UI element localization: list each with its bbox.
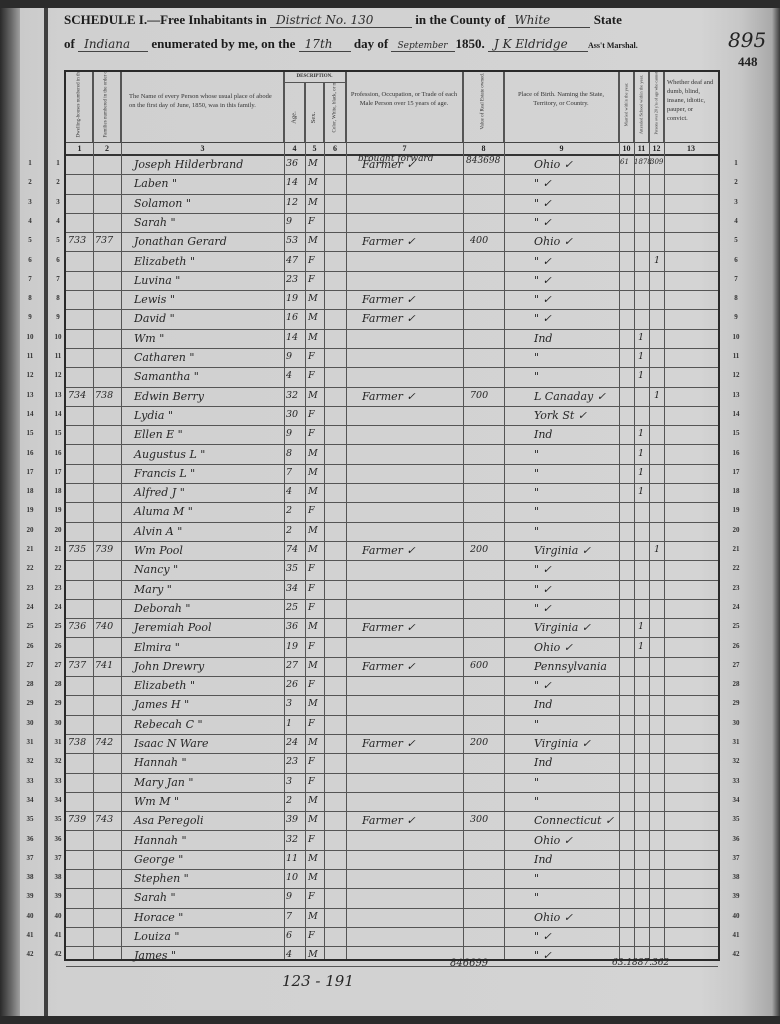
line-number-left: 29 bbox=[22, 699, 38, 707]
table-row: Mary "34F" ✓ bbox=[66, 581, 718, 600]
line-number-right: 1 bbox=[728, 159, 744, 167]
person-name: Samantha " bbox=[134, 370, 199, 383]
line-number-right: 32 bbox=[728, 757, 744, 765]
real-estate-total: 846699 bbox=[450, 958, 488, 969]
line-number-left: 6 bbox=[22, 256, 38, 264]
table-row: Stephen "10M" bbox=[66, 870, 718, 889]
table-row: Lydia "30FYork St ✓ bbox=[66, 407, 718, 426]
table-row: Rebecah C "1F" bbox=[66, 716, 718, 735]
line-number-right: 3 bbox=[728, 198, 744, 206]
birthplace: Ind bbox=[534, 756, 552, 769]
occupation: Farmer ✓ bbox=[362, 737, 416, 750]
table-row: 739743Asa Peregoli39MFarmer ✓300Connecti… bbox=[66, 812, 718, 831]
age: 35 bbox=[286, 563, 298, 574]
col-header-school: Attended School within the year. bbox=[634, 72, 649, 142]
occupation: Farmer ✓ bbox=[362, 158, 416, 171]
line-number-left-inner: 18 bbox=[50, 487, 66, 495]
occupation: Farmer ✓ bbox=[362, 312, 416, 325]
year-label: 1850. bbox=[455, 36, 484, 51]
person-name: Alfred J " bbox=[134, 486, 185, 499]
person-name: George " bbox=[134, 853, 183, 866]
sex: M bbox=[308, 197, 318, 208]
occupation: Farmer ✓ bbox=[362, 390, 416, 403]
colnum-7: 7 bbox=[346, 144, 463, 153]
occupation: Farmer ✓ bbox=[362, 660, 416, 673]
sex: M bbox=[308, 312, 318, 323]
line-number-left-inner: 37 bbox=[50, 854, 66, 862]
line-number-left-inner: 16 bbox=[50, 449, 66, 457]
scan-top-border bbox=[0, 0, 780, 8]
col-header-infirmity: Whether deaf and dumb, blind, insane, id… bbox=[664, 72, 718, 142]
colnum-8: 8 bbox=[463, 144, 504, 153]
line-number-right: 16 bbox=[728, 449, 744, 457]
table-row: James H "3MInd bbox=[66, 696, 718, 715]
birthplace: " bbox=[534, 718, 539, 731]
table-row: Elmira "19FOhio ✓1 bbox=[66, 639, 718, 658]
age: 9 bbox=[286, 428, 292, 439]
line-number-left: 30 bbox=[22, 719, 38, 727]
sex: F bbox=[308, 563, 315, 574]
birthplace: Virginia ✓ bbox=[534, 737, 591, 750]
birthplace: " ✓ bbox=[534, 216, 552, 229]
line-number-left-inner: 2 bbox=[50, 178, 66, 186]
line-number-right: 14 bbox=[728, 410, 744, 418]
age: 11 bbox=[286, 853, 298, 864]
dwelling-number: 733 bbox=[68, 235, 86, 246]
sex: F bbox=[308, 718, 315, 729]
line-number-right: 2 bbox=[728, 178, 744, 186]
birthplace: " bbox=[534, 525, 539, 538]
line-number-left: 27 bbox=[22, 661, 38, 669]
person-name: Louiza " bbox=[134, 930, 179, 943]
line-number-left: 20 bbox=[22, 526, 38, 534]
line-number-left: 2 bbox=[22, 178, 38, 186]
age: 9 bbox=[286, 351, 292, 362]
line-number-left-inner: 12 bbox=[50, 371, 66, 379]
birthplace: Ohio ✓ bbox=[534, 641, 573, 654]
age: 3 bbox=[286, 776, 292, 787]
attended-school: 1 bbox=[638, 486, 644, 497]
age: 36 bbox=[286, 621, 298, 632]
family-number: 742 bbox=[95, 737, 113, 748]
person-name: Wm " bbox=[134, 332, 164, 345]
real-estate-value: 300 bbox=[470, 814, 488, 825]
col-header-family: Families numbered in the order of visita… bbox=[93, 72, 121, 142]
line-number-right: 39 bbox=[728, 892, 744, 900]
line-number-left: 31 bbox=[22, 738, 38, 746]
table-row: Francis L "7M"1 bbox=[66, 465, 718, 484]
line-number-right: 20 bbox=[728, 526, 744, 534]
line-number-right: 12 bbox=[728, 371, 744, 379]
line-number-left-inner: 10 bbox=[50, 333, 66, 341]
line-number-left: 25 bbox=[22, 622, 38, 630]
colnum-1: 1 bbox=[66, 144, 93, 153]
cannot-read-write: 1 bbox=[654, 390, 660, 401]
person-name: Elizabeth " bbox=[134, 255, 195, 268]
line-number-left: 39 bbox=[22, 892, 38, 900]
sex: F bbox=[308, 834, 315, 845]
person-name: Deborah " bbox=[134, 602, 190, 615]
marshal-label: Ass't Marshal. bbox=[588, 41, 638, 50]
stamped-page-number: 895 bbox=[728, 28, 766, 52]
colnum-10: 10 bbox=[619, 144, 634, 153]
col-header-illiterate: Persons over 20 y'rs of age who cannot r… bbox=[649, 72, 664, 142]
person-name: Lydia " bbox=[134, 409, 173, 422]
age: 4 bbox=[286, 949, 292, 960]
census-page: SCHEDULE I.—Free Inhabitants in District… bbox=[0, 0, 780, 1024]
birthplace: Ohio ✓ bbox=[534, 158, 573, 171]
line-number-right: 24 bbox=[728, 603, 744, 611]
sex: M bbox=[308, 158, 318, 169]
line-number-right: 17 bbox=[728, 468, 744, 476]
person-name: Isaac N Ware bbox=[134, 737, 209, 750]
table-row: 733737Jonathan Gerard53MFarmer ✓400Ohio … bbox=[66, 233, 718, 252]
line-number-right: 11 bbox=[728, 352, 744, 360]
line-number-right: 29 bbox=[728, 699, 744, 707]
attended-school: 1 bbox=[638, 467, 644, 478]
age: 53 bbox=[286, 235, 298, 246]
age: 47 bbox=[286, 255, 298, 266]
table-row: Solamon "12M" ✓ bbox=[66, 195, 718, 214]
age: 14 bbox=[286, 177, 298, 188]
line-number-right: 27 bbox=[728, 661, 744, 669]
person-name: Nancy " bbox=[134, 563, 178, 576]
line-number-left: 37 bbox=[22, 854, 38, 862]
person-name: Sarah " bbox=[134, 216, 176, 229]
line-number-left-inner: 28 bbox=[50, 680, 66, 688]
table-row: Alfred J "4M"1 bbox=[66, 484, 718, 503]
person-name: Asa Peregoli bbox=[134, 814, 204, 827]
line-number-left-inner: 23 bbox=[50, 584, 66, 592]
person-name: Francis L " bbox=[134, 467, 195, 480]
colnum-3: 3 bbox=[121, 144, 284, 153]
person-name: Elmira " bbox=[134, 641, 180, 654]
age: 34 bbox=[286, 583, 298, 594]
age: 19 bbox=[286, 641, 298, 652]
col-header-occupation: Profession, Occupation, or Trade of each… bbox=[346, 72, 463, 142]
district-field: District No. 130 bbox=[270, 13, 412, 28]
age: 14 bbox=[286, 332, 298, 343]
birthplace: L Canaday ✓ bbox=[534, 390, 606, 403]
sex: M bbox=[308, 293, 318, 304]
line-number-left-inner: 5 bbox=[50, 236, 66, 244]
sex: F bbox=[308, 930, 315, 941]
line-number-right: 10 bbox=[728, 333, 744, 341]
person-name: John Drewry bbox=[134, 660, 204, 673]
age: 30 bbox=[286, 409, 298, 420]
table-row: 734738Edwin Berry32MFarmer ✓700L Canaday… bbox=[66, 388, 718, 407]
line-number-left: 7 bbox=[22, 275, 38, 283]
birthplace: York St ✓ bbox=[534, 409, 587, 422]
attended-school: 1 bbox=[638, 370, 644, 381]
county-label: in the County of bbox=[415, 12, 505, 27]
line-number-left-inner: 1 bbox=[50, 159, 66, 167]
birthplace: Ind bbox=[534, 853, 552, 866]
real-estate-value: 200 bbox=[470, 544, 488, 555]
birthplace: Ohio ✓ bbox=[534, 911, 573, 924]
person-name: Catharen " bbox=[134, 351, 194, 364]
family-number: 740 bbox=[95, 621, 113, 632]
age: 2 bbox=[286, 795, 292, 806]
colnum-12: 12 bbox=[649, 144, 664, 153]
table-row: Wm M "2M" bbox=[66, 793, 718, 812]
birthplace: " bbox=[534, 467, 539, 480]
person-name: Sarah " bbox=[134, 891, 176, 904]
dwelling-number: 734 bbox=[68, 390, 86, 401]
line-number-left: 1 bbox=[22, 159, 38, 167]
age: 74 bbox=[286, 544, 298, 555]
day-field: 17th bbox=[299, 37, 351, 52]
birthplace: " ✓ bbox=[534, 197, 552, 210]
person-name: Mary Jan " bbox=[134, 776, 193, 789]
schedule-title: SCHEDULE I.—Free Inhabitants in bbox=[64, 12, 267, 27]
cannot-read-write: 1 bbox=[654, 255, 660, 266]
line-number-left-inner: 14 bbox=[50, 410, 66, 418]
line-number-left: 21 bbox=[22, 545, 38, 553]
header-line-2: of Indiana enumerated by me, on the 17th… bbox=[64, 36, 638, 52]
line-number-left-inner: 36 bbox=[50, 835, 66, 843]
table-row: Aluma M "2F" bbox=[66, 503, 718, 522]
attended-school: 1 bbox=[638, 332, 644, 343]
month-field: September bbox=[391, 41, 455, 52]
line-number-right: 19 bbox=[728, 506, 744, 514]
age: 2 bbox=[286, 525, 292, 536]
of-label: of bbox=[64, 36, 75, 51]
line-number-left-inner: 41 bbox=[50, 931, 66, 939]
line-number-left-inner: 6 bbox=[50, 256, 66, 264]
enumerated-label: enumerated by me, on the bbox=[151, 36, 295, 51]
line-number-left-inner: 38 bbox=[50, 873, 66, 881]
person-name: Joseph Hilderbrand bbox=[134, 158, 243, 171]
table-row: Deborah "25F" ✓ bbox=[66, 600, 718, 619]
birthplace: Ohio ✓ bbox=[534, 235, 573, 248]
colnum-13: 13 bbox=[664, 144, 718, 153]
table-row: Augustus L "8M"1 bbox=[66, 446, 718, 465]
table-row: Hannah "32FOhio ✓ bbox=[66, 832, 718, 851]
birthplace: " bbox=[534, 370, 539, 383]
sex: M bbox=[308, 795, 318, 806]
line-number-left-inner: 42 bbox=[50, 950, 66, 958]
sex: F bbox=[308, 370, 315, 381]
sex: M bbox=[308, 390, 318, 401]
line-number-left: 22 bbox=[22, 564, 38, 572]
line-number-right: 8 bbox=[728, 294, 744, 302]
age: 27 bbox=[286, 660, 298, 671]
birthplace: " bbox=[534, 795, 539, 808]
birthplace: " ✓ bbox=[534, 930, 552, 943]
sex: F bbox=[308, 255, 315, 266]
age: 39 bbox=[286, 814, 298, 825]
line-number-left: 12 bbox=[22, 371, 38, 379]
dwelling-number: 738 bbox=[68, 737, 86, 748]
person-name: Mary " bbox=[134, 583, 172, 596]
table-row: 735739Wm Pool74MFarmer ✓200Virginia ✓1 bbox=[66, 542, 718, 561]
table-row: Nancy "35F" ✓ bbox=[66, 561, 718, 580]
person-name: David " bbox=[134, 312, 175, 325]
line-number-left: 41 bbox=[22, 931, 38, 939]
family-number: 739 bbox=[95, 544, 113, 555]
line-number-right: 30 bbox=[728, 719, 744, 727]
birthplace: " ✓ bbox=[534, 563, 552, 576]
person-name: Alvin A " bbox=[134, 525, 182, 538]
line-number-left: 17 bbox=[22, 468, 38, 476]
age: 26 bbox=[286, 679, 298, 690]
occupation: Farmer ✓ bbox=[362, 235, 416, 248]
line-number-left-inner: 22 bbox=[50, 564, 66, 572]
line-number-right: 22 bbox=[728, 564, 744, 572]
line-number-left: 11 bbox=[22, 352, 38, 360]
line-number-left: 15 bbox=[22, 429, 38, 437]
sex: F bbox=[308, 891, 315, 902]
table-row: Hannah "23FInd bbox=[66, 754, 718, 773]
birthplace: Virginia ✓ bbox=[534, 544, 591, 557]
table-row: Catharen "9F"1 bbox=[66, 349, 718, 368]
line-number-left-inner: 25 bbox=[50, 622, 66, 630]
birthplace: " ✓ bbox=[534, 293, 552, 306]
age: 32 bbox=[286, 834, 298, 845]
tally-note: 123 - 191 bbox=[282, 972, 354, 990]
census-table: Dwelling-houses numbered in the order of… bbox=[64, 70, 720, 961]
line-number-left: 19 bbox=[22, 506, 38, 514]
col-header-sex: Sex. bbox=[305, 83, 324, 142]
description-label: DESCRIPTION. bbox=[284, 72, 345, 83]
line-number-right: 7 bbox=[728, 275, 744, 283]
line-number-left-inner: 26 bbox=[50, 642, 66, 650]
sex: F bbox=[308, 351, 315, 362]
line-number-right: 9 bbox=[728, 313, 744, 321]
age: 16 bbox=[286, 312, 298, 323]
sex: M bbox=[308, 235, 318, 246]
table-row: Wm "14MInd1 bbox=[66, 330, 718, 349]
birthplace: " ✓ bbox=[534, 312, 552, 325]
birthplace: Pennsylvania bbox=[534, 660, 607, 673]
line-number-left: 23 bbox=[22, 584, 38, 592]
age: 4 bbox=[286, 486, 292, 497]
person-name: Luvina " bbox=[134, 274, 180, 287]
line-number-right: 23 bbox=[728, 584, 744, 592]
birthplace: Ohio ✓ bbox=[534, 834, 573, 847]
birthplace: " ✓ bbox=[534, 602, 552, 615]
day-of-label: day of bbox=[354, 36, 388, 51]
birthplace: " bbox=[534, 448, 539, 461]
line-number-right: 4 bbox=[728, 217, 744, 225]
person-name: Lewis " bbox=[134, 293, 175, 306]
age: 9 bbox=[286, 891, 292, 902]
line-number-right: 36 bbox=[728, 835, 744, 843]
sex: F bbox=[308, 505, 315, 516]
real-estate-value: 600 bbox=[470, 660, 488, 671]
birthplace: " ✓ bbox=[534, 274, 552, 287]
line-number-left: 28 bbox=[22, 680, 38, 688]
person-name: Jonathan Gerard bbox=[134, 235, 227, 248]
table-row: Sarah "9F" bbox=[66, 889, 718, 908]
attended-school: 1 bbox=[638, 641, 644, 652]
sex: F bbox=[308, 641, 315, 652]
age: 7 bbox=[286, 911, 292, 922]
scan-bottom-border bbox=[0, 1016, 780, 1024]
line-number-left-inner: 15 bbox=[50, 429, 66, 437]
occupation: Farmer ✓ bbox=[362, 814, 416, 827]
line-number-left-inner: 29 bbox=[50, 699, 66, 707]
person-name: Stephen " bbox=[134, 872, 189, 885]
table-row: Lewis "19MFarmer ✓" ✓ bbox=[66, 291, 718, 310]
person-name: Elizabeth " bbox=[134, 679, 195, 692]
line-number-left: 34 bbox=[22, 796, 38, 804]
table-row: Ellen E "9FInd1 bbox=[66, 426, 718, 445]
county-field: White bbox=[508, 13, 590, 28]
line-number-left: 18 bbox=[22, 487, 38, 495]
sex: M bbox=[308, 949, 318, 960]
line-number-right: 37 bbox=[728, 854, 744, 862]
colnum-5: 5 bbox=[305, 144, 324, 153]
person-name: Laben " bbox=[134, 177, 177, 190]
line-number-left-inner: 4 bbox=[50, 217, 66, 225]
birthplace: Ind bbox=[534, 428, 552, 441]
dwelling-number: 735 bbox=[68, 544, 86, 555]
age: 19 bbox=[286, 293, 298, 304]
birthplace: " bbox=[534, 505, 539, 518]
col-header-age: Age. bbox=[284, 83, 305, 142]
table-row: Mary Jan "3F" bbox=[66, 774, 718, 793]
birthplace: " bbox=[534, 776, 539, 789]
line-number-left: 26 bbox=[22, 642, 38, 650]
column-totals: 63.1887.362 bbox=[612, 958, 669, 968]
dwelling-number: 739 bbox=[68, 814, 86, 825]
line-number-left-inner: 27 bbox=[50, 661, 66, 669]
line-number-right: 34 bbox=[728, 796, 744, 804]
line-number-right: 33 bbox=[728, 777, 744, 785]
occupation: Farmer ✓ bbox=[362, 621, 416, 634]
sex: M bbox=[308, 621, 318, 632]
age: 2 bbox=[286, 505, 292, 516]
person-name: Wm M " bbox=[134, 795, 179, 808]
state-field: Indiana bbox=[78, 37, 148, 52]
line-number-left-inner: 30 bbox=[50, 719, 66, 727]
sex: M bbox=[308, 544, 318, 555]
age: 12 bbox=[286, 197, 298, 208]
line-number-left: 10 bbox=[22, 333, 38, 341]
line-number-left: 36 bbox=[22, 835, 38, 843]
line-number-left-inner: 34 bbox=[50, 796, 66, 804]
line-number-left-inner: 13 bbox=[50, 391, 66, 399]
colnum-11: 11 bbox=[634, 144, 649, 153]
sex: F bbox=[308, 216, 315, 227]
table-row: Elizabeth "26F" ✓ bbox=[66, 677, 718, 696]
dwelling-number: 737 bbox=[68, 660, 86, 671]
line-number-right: 38 bbox=[728, 873, 744, 881]
line-number-right: 18 bbox=[728, 487, 744, 495]
line-number-right: 26 bbox=[728, 642, 744, 650]
age: 24 bbox=[286, 737, 298, 748]
age: 4 bbox=[286, 370, 292, 381]
cannot-read-write: 1 bbox=[654, 544, 660, 555]
person-name: Hannah " bbox=[134, 834, 187, 847]
page-left-edge bbox=[0, 0, 20, 1024]
line-number-left: 13 bbox=[22, 391, 38, 399]
line-number-left: 33 bbox=[22, 777, 38, 785]
line-number-left-inner: 40 bbox=[50, 912, 66, 920]
dwelling-number: 736 bbox=[68, 621, 86, 632]
col-header-real-estate: Value of Real Estate owned. bbox=[463, 72, 504, 142]
table-row: 736740Jeremiah Pool36MFarmer ✓Virginia ✓… bbox=[66, 619, 718, 638]
attended-school: 1 bbox=[638, 428, 644, 439]
birthplace: Ind bbox=[534, 332, 552, 345]
table-row: Alvin A "2M" bbox=[66, 523, 718, 542]
age: 1 bbox=[286, 718, 292, 729]
col-header-birthplace: Place of Birth. Naming the State, Territ… bbox=[504, 72, 619, 142]
line-number-right: 25 bbox=[728, 622, 744, 630]
line-number-left: 14 bbox=[22, 410, 38, 418]
